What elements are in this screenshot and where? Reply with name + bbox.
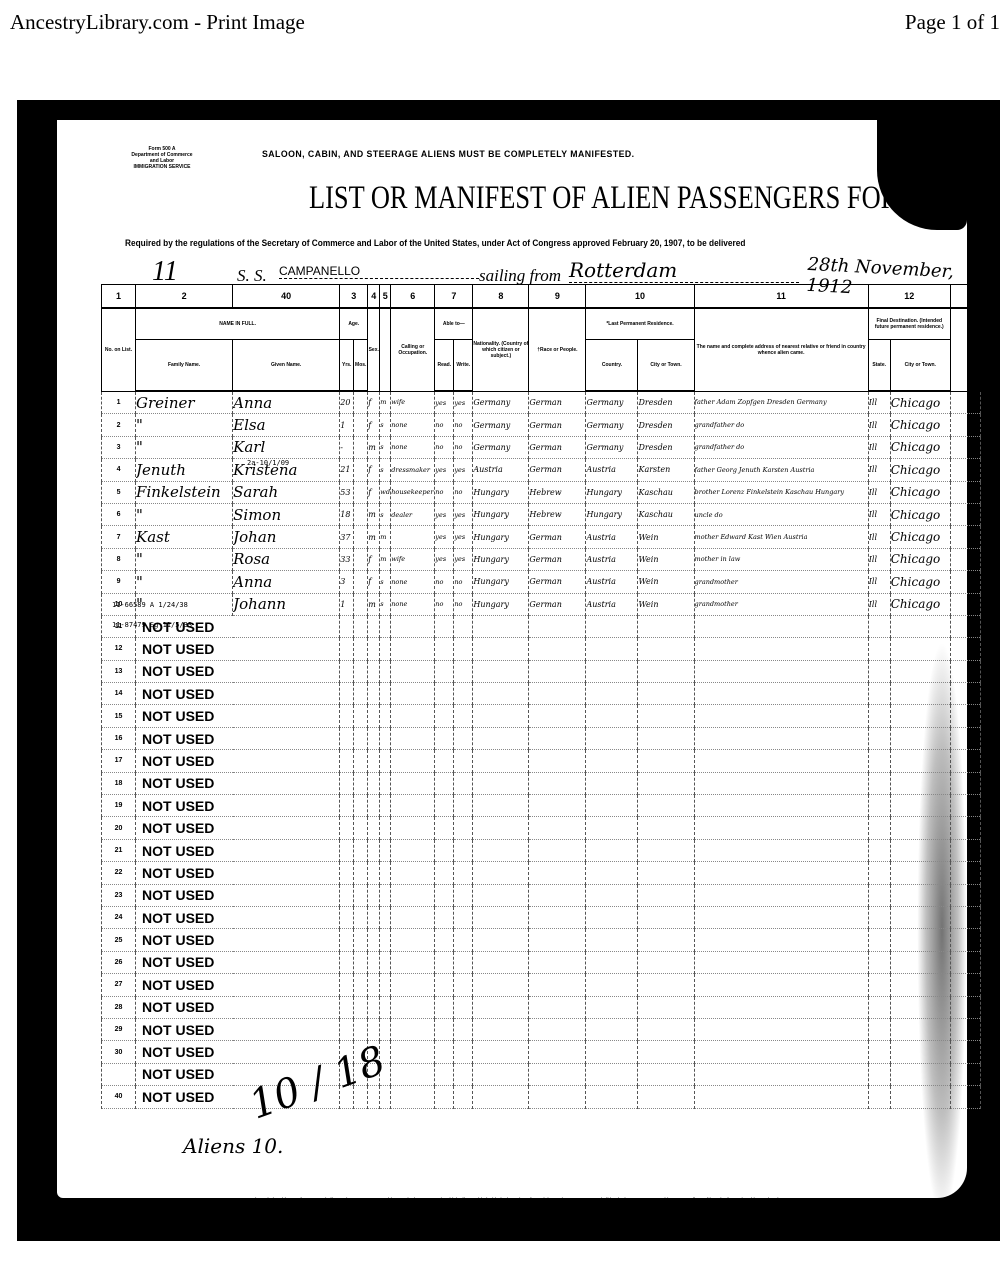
residence-country: Germany [586,391,638,414]
race: Hebrew [529,481,586,503]
blank-cell [368,750,380,772]
blank-cell [391,1086,435,1108]
blank-cell [950,906,980,928]
destination-state: Ill [868,571,890,593]
can-write: no [454,481,473,503]
manifest-warning: SALOON, CABIN, AND STEERAGE ALIENS MUST … [262,149,635,160]
nationality: Austria [473,459,529,481]
blank-cell [950,750,980,772]
blank [950,414,980,436]
blank-cell [529,683,586,705]
blank-cell [380,884,391,906]
blank-cell [340,615,354,637]
header-race: †Race or People. [529,308,586,391]
blank-cell [586,615,638,637]
blank-cell [586,727,638,749]
blank-cell [950,974,980,996]
blank-cell [694,1086,868,1108]
nearest-relative: mother Edward Kast Wien Austria [694,526,868,548]
blank [950,459,980,481]
blank-cell [435,1086,454,1108]
blank-cell [435,996,454,1018]
row-number: 40 [102,1086,136,1108]
col-num: 4 [368,285,380,309]
blank-cell [340,683,354,705]
blank-cell [473,772,529,794]
blank-cell [435,638,454,660]
unused-row: 30NOT USED [102,1041,981,1063]
blank-cell [868,929,890,951]
given-name: Johann [233,593,340,615]
blank-cell [368,839,380,861]
blank-cell [890,1018,950,1040]
blank-cell [354,615,368,637]
can-write: yes [454,548,473,570]
given-name: Sarah [233,481,340,503]
blank-cell [586,660,638,682]
blank-cell [454,727,473,749]
blank-cell [868,660,890,682]
blank-cell [586,1063,638,1085]
row-number: 6 [102,503,136,525]
occupation: none [391,571,435,593]
blank-cell [890,974,950,996]
row-number: 5 [102,481,136,503]
blank-cell [529,638,586,660]
row-number: 4 [102,459,136,481]
row-number: 19 [102,795,136,817]
row-number: 16 [102,727,136,749]
table-row: 9"Anna3fsnonenonoHungaryGermanAustriaWei… [102,571,981,593]
blank-cell [473,750,529,772]
blank-cell [890,727,950,749]
blank-cell [694,929,868,951]
header-blank [950,308,980,391]
blank-cell [368,638,380,660]
not-used-label: NOT USED [136,817,340,839]
destination-city: Chicago [890,593,950,615]
row-number: 15 [102,705,136,727]
nearest-relative: brother Lorenz Finkelstein Kaschau Hunga… [694,481,868,503]
age-months [354,481,368,503]
unused-row: 13NOT USED [102,660,981,682]
footnote: * An intended residence of one year shal… [245,1197,965,1209]
blank-cell [638,1018,694,1040]
blank-cell [586,951,638,973]
blank-cell [340,817,354,839]
can-read: no [435,593,454,615]
destination-city: Chicago [890,459,950,481]
blank [950,391,980,414]
unused-row: 20NOT USED [102,817,981,839]
can-read: yes [435,459,454,481]
family-name: " [136,503,233,525]
residence-country: Hungary [586,481,638,503]
not-used-label: NOT USED [136,862,340,884]
table-row: 10"Johann1msnonenonoHungaryGermanAustria… [102,593,981,615]
nearest-relative: grandfather do [694,414,868,436]
blank-cell [368,906,380,928]
manifest-title: LIST OR MANIFEST OF ALIEN PASSENGERS FOR… [309,180,1000,217]
blank-cell [454,1018,473,1040]
manifest-page: Form 500 A Department of Commerce and La… [57,120,967,1198]
blank-cell [454,1041,473,1063]
blank-cell [694,1063,868,1085]
age-months [354,436,368,458]
unused-row: 21NOT USED [102,839,981,861]
blank-cell [391,996,435,1018]
header-yrs: Yrs. [340,340,354,392]
blank [950,548,980,570]
blank-cell [638,660,694,682]
blank-cell [354,929,368,951]
col-num [950,285,980,309]
blank-cell [391,660,435,682]
blank [950,481,980,503]
residence-country: Germany [586,436,638,458]
given-name: Karl [233,436,340,458]
nationality: Germany [473,391,529,414]
blank-cell [354,884,368,906]
blank-cell [868,638,890,660]
unused-row: 40NOT USED [102,1086,981,1108]
blank-cell [890,1086,950,1108]
blank-cell [435,1041,454,1063]
column-number-row: 1 2 40 3 4 5 6 7 8 9 10 11 12 [102,285,981,309]
col-num: 1 [102,285,136,309]
blank-cell [529,1086,586,1108]
race: German [529,571,586,593]
blank-cell [340,906,354,928]
table-row: 6"Simon18msdealeryesyesHungaryHebrewHung… [102,503,981,525]
blank-cell [380,727,391,749]
blank-cell [529,817,586,839]
blank-cell [454,884,473,906]
blank-cell [638,951,694,973]
blank-cell [694,996,868,1018]
blank-cell [868,862,890,884]
manifest-table: 1 2 40 3 4 5 6 7 8 9 10 11 12 No. on Lis… [101,284,981,1109]
blank-cell [529,884,586,906]
blank-cell [454,795,473,817]
unused-row: 11NOT USED [102,615,981,637]
age-months [354,571,368,593]
occupation: dressmaker [391,459,435,481]
blank-cell [354,795,368,817]
residence-city: Karsten [638,459,694,481]
occupation: none [391,593,435,615]
unused-row: NOT USED [102,1063,981,1085]
blank-cell [340,1018,354,1040]
blank-cell [529,1063,586,1085]
blank-cell [950,839,980,861]
blank-cell [694,862,868,884]
row-number: 28 [102,996,136,1018]
header-city: City or Town. [638,340,694,392]
not-used-label: NOT USED [136,660,340,682]
blank-cell [380,683,391,705]
destination-city: Chicago [890,571,950,593]
header-mos: Mos. [354,340,368,392]
blank-cell [340,996,354,1018]
can-read: yes [435,548,454,570]
destination-state: Ill [868,391,890,414]
blank-cell [473,795,529,817]
blank-cell [890,750,950,772]
blank-cell [950,772,980,794]
blank-cell [454,951,473,973]
blank-cell [391,750,435,772]
blank-cell [529,974,586,996]
blank-cell [586,996,638,1018]
blank-cell [435,615,454,637]
blank-cell [638,1041,694,1063]
blank-cell [435,839,454,861]
marital-status: s [380,593,391,615]
blank-cell [435,705,454,727]
blank-cell [694,1018,868,1040]
unused-row: 12NOT USED [102,638,981,660]
blank-cell [354,906,368,928]
blank-cell [473,660,529,682]
not-used-label: NOT USED [136,974,340,996]
blank-cell [340,660,354,682]
blank-cell [473,615,529,637]
row-number: 1 [102,391,136,414]
col-num: 6 [391,285,435,309]
blank-cell [529,660,586,682]
residence-city: Dresden [638,436,694,458]
age-years: 3 [340,571,354,593]
blank-cell [368,1086,380,1108]
marital-status: m [380,548,391,570]
sex: m [368,593,380,615]
blank-cell [950,795,980,817]
can-read: no [435,571,454,593]
age-years: 20 [340,391,354,414]
blank-cell [435,951,454,973]
can-read: yes [435,503,454,525]
blank-cell [435,1063,454,1085]
blank-cell [354,660,368,682]
blank-cell [340,839,354,861]
blank-cell [368,884,380,906]
row-number: 17 [102,750,136,772]
header-calling: Calling or Occupation. [391,308,435,391]
not-used-label: NOT USED [136,906,340,928]
margin-note: 11-87479 Sg 11/5/33 [112,621,192,629]
blank-cell [368,615,380,637]
table-row: 1GreinerAnna20fmwifeyesyesGermanyGermanG… [102,391,981,414]
blank-cell [435,884,454,906]
blank-cell [435,795,454,817]
header-relative: The name and complete address of nearest… [694,308,868,391]
destination-city: Chicago [890,414,950,436]
blank-cell [638,929,694,951]
blank-cell [454,638,473,660]
residence-country: Austria [586,548,638,570]
blank-cell [638,795,694,817]
blank-cell [391,817,435,839]
nationality: Hungary [473,593,529,615]
sex: m [368,526,380,548]
blank-cell [391,727,435,749]
header-married [380,308,391,391]
row-number: 12 [102,638,136,660]
blank-cell [368,683,380,705]
blank-cell [473,705,529,727]
blank-cell [473,974,529,996]
destination-state: Ill [868,414,890,436]
blank-cell [473,929,529,951]
residence-country: Austria [586,571,638,593]
sex: f [368,571,380,593]
family-name: " [136,436,233,458]
blank-cell [529,839,586,861]
occupation: none [391,436,435,458]
age-years: 21 [340,459,354,481]
blank-cell [868,884,890,906]
blank-cell [638,772,694,794]
row-number: 7 [102,526,136,548]
marital-status: s [380,459,391,481]
blank-cell [391,974,435,996]
blank-cell [890,705,950,727]
blank-cell [529,1041,586,1063]
sex: m [368,436,380,458]
blank-cell [586,683,638,705]
occupation: dealer [391,503,435,525]
nationality: Hungary [473,481,529,503]
page-indicator: Page 1 of 1 [905,10,1000,35]
blank-cell [586,1086,638,1108]
blank-cell [454,817,473,839]
blank-cell [473,839,529,861]
departure-port: Rotterdam [569,258,799,283]
blank-cell [454,683,473,705]
blank-cell [473,884,529,906]
unused-row: 18NOT USED [102,772,981,794]
blank-cell [340,795,354,817]
blank-cell [391,1063,435,1085]
residence-city: Dresden [638,391,694,414]
ship-name: CAMPANELLO [279,264,479,279]
manifest-rows: 1GreinerAnna20fmwifeyesyesGermanyGermanG… [102,391,981,1108]
blank-cell [868,1018,890,1040]
blank-cell [340,974,354,996]
residence-country: Austria [586,459,638,481]
blank-cell [868,839,890,861]
blank-cell [529,772,586,794]
blank-cell [473,862,529,884]
blank-cell [529,862,586,884]
blank-cell [435,727,454,749]
header-last-residence: *Last Permanent Residence. [586,308,694,340]
can-write: yes [454,526,473,548]
residence-city: Wein [638,526,694,548]
can-read: no [435,481,454,503]
blank-cell [638,906,694,928]
blank-cell [391,839,435,861]
blank-cell [368,817,380,839]
blank-cell [340,951,354,973]
can-write: yes [454,459,473,481]
col-num: 10 [586,285,694,309]
blank-cell [473,638,529,660]
residence-city: Wein [638,571,694,593]
destination-city: Chicago [890,391,950,414]
destination-state: Ill [868,526,890,548]
ship-prefix: S. S. [237,266,267,286]
blank-cell [586,750,638,772]
blank-cell [380,817,391,839]
blank-cell [890,772,950,794]
marital-status: wd [380,481,391,503]
age-months [354,526,368,548]
destination-state: Ill [868,503,890,525]
marital-status: m [380,526,391,548]
can-write: yes [454,503,473,525]
blank-cell [354,951,368,973]
row-number: 20 [102,817,136,839]
blank-cell [354,683,368,705]
destination-state: Ill [868,436,890,458]
sex: f [368,481,380,503]
blank-cell [454,750,473,772]
blank-cell [354,839,368,861]
blank-cell [950,1086,980,1108]
not-used-label: NOT USED [136,795,340,817]
header-given-name: Given Name. [233,340,340,392]
blank-cell [368,974,380,996]
race: German [529,526,586,548]
age-years: 1 [340,414,354,436]
residence-city: Kaschau [638,481,694,503]
blank-cell [380,951,391,973]
blank-cell [586,705,638,727]
nationality: Germany [473,436,529,458]
blank-cell [586,1041,638,1063]
blank-cell [694,615,868,637]
can-write: no [454,414,473,436]
blank-cell [340,884,354,906]
occupation: wife [391,548,435,570]
row-number: 22 [102,862,136,884]
print-header: AncestryLibrary.com - Print Image Page 1… [10,10,1000,40]
unused-row: 17NOT USED [102,750,981,772]
blank-cell [391,705,435,727]
blank-cell [950,862,980,884]
blank-cell [368,772,380,794]
blank-cell [454,862,473,884]
header-age: Age. [340,308,368,340]
blank-cell [950,615,980,637]
blank-cell [890,951,950,973]
header-row-1: No. on List. NAME IN FULL. Age. Sex. Cal… [102,308,981,340]
blank-cell [473,1018,529,1040]
blank-cell [868,727,890,749]
blank-cell [473,906,529,928]
race: German [529,391,586,414]
destination-state: Ill [868,593,890,615]
blank-cell [368,660,380,682]
race: German [529,436,586,458]
blank-cell [391,884,435,906]
row-number: 27 [102,974,136,996]
blank-cell [638,884,694,906]
blank-cell [354,727,368,749]
given-name: Elsa [233,414,340,436]
